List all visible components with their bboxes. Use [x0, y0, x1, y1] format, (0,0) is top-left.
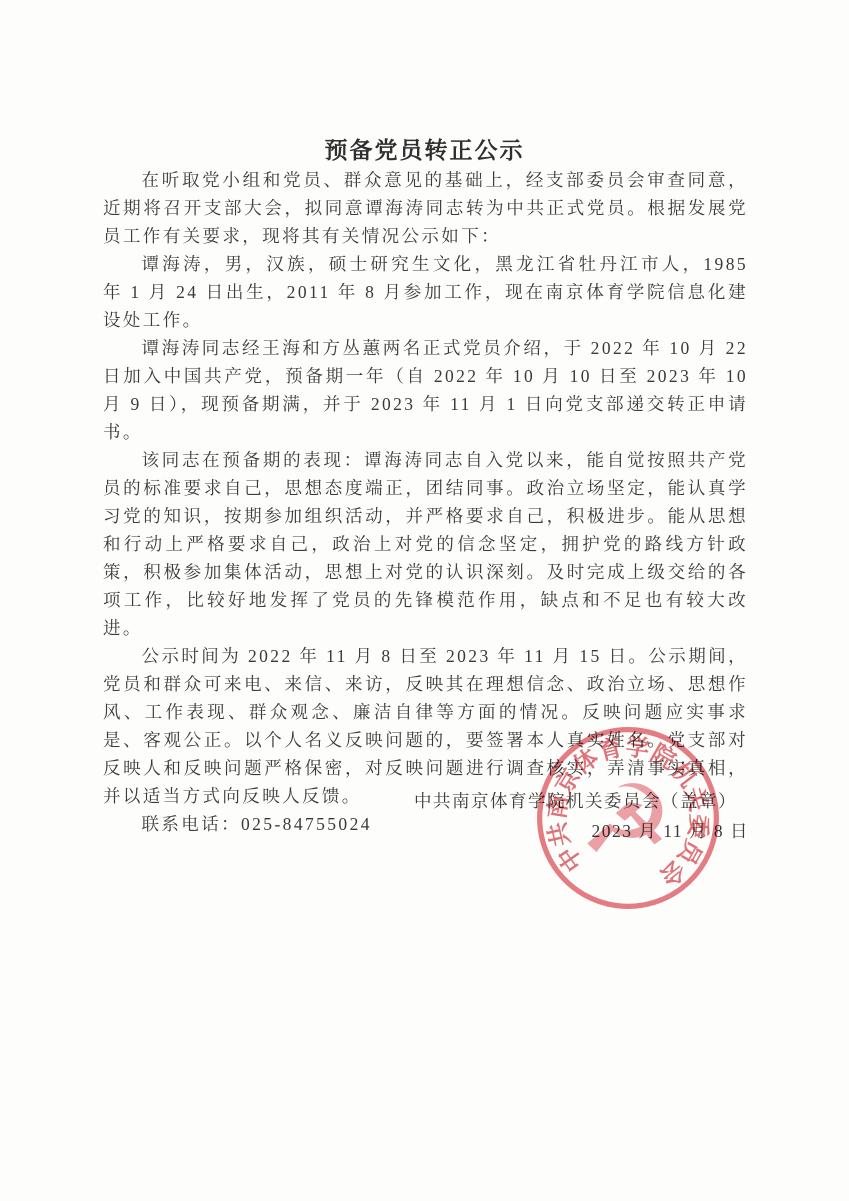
- signature-organization: 中共南京体育学院机关委员会（盖章）: [414, 786, 749, 816]
- signature-date: 2023 月 11 月 8 日: [414, 816, 749, 846]
- document-body: 在听取党小组和党员、群众意见的基础上，经支部委员会审查同意，近期将召开支部大会，…: [103, 166, 748, 838]
- paragraph-notice-period: 公示时间为 2022 年 11 月 8 日至 2023 年 11 月 15 日。…: [103, 642, 748, 810]
- paragraph-profile: 谭海涛，男，汉族，硕士研究生文化，黑龙江省牡丹江市人，1985 年 1 月 24…: [103, 250, 748, 334]
- paragraph-performance: 该同志在预备期的表现：谭海涛同志自入党以来，能自觉按照共产党员的标准要求自己，思…: [103, 446, 748, 642]
- document-title: 预备党员转正公示: [0, 132, 849, 165]
- signature-block: 中共南京体育学院机关委员会（盖章） 2023 月 11 月 8 日: [414, 786, 749, 846]
- paragraph-intro: 在听取党小组和党员、群众意见的基础上，经支部委员会审查同意，近期将召开支部大会，…: [103, 166, 748, 250]
- paragraph-admission: 谭海涛同志经王海和方丛蕙两名正式党员介绍，于 2022 年 10 月 22 日加…: [103, 334, 748, 446]
- document-page: 预备党员转正公示 在听取党小组和党员、群众意见的基础上，经支部委员会审查同意，近…: [0, 0, 849, 1201]
